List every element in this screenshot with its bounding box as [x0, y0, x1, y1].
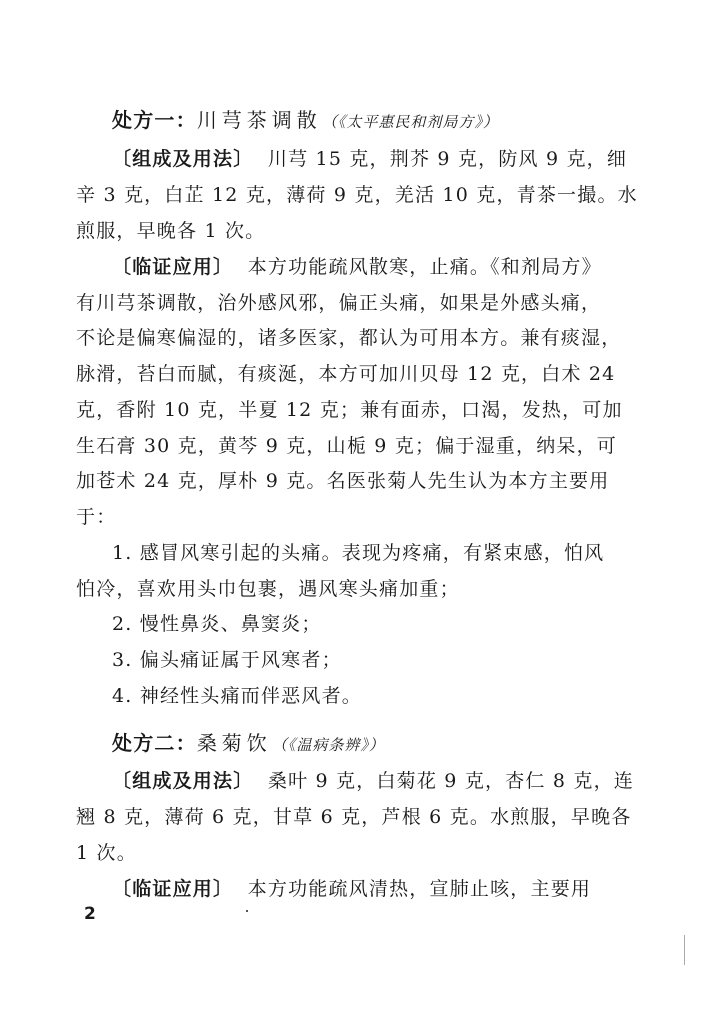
scan-edge-mark	[684, 935, 685, 965]
composition-1-line-1: 〔组成及用法〕 川芎 15 克，荆芥 9 克，防风 9 克，细	[112, 146, 672, 172]
application-label: 〔临证应用〕	[112, 256, 233, 278]
page-number: 2	[84, 904, 96, 924]
prescription-1-name: 川芎茶调散	[197, 108, 322, 132]
list-item-1-line-1: 1. 感冒风寒引起的头痛。表现为疼痛，有紧束感，怕风	[112, 540, 672, 566]
composition-text: 川芎 15 克，荆芥 9 克，防风 9 克，细	[268, 148, 627, 170]
list-item-1-line-2: 怕冷，喜欢用头巾包裹，遇风寒头痛加重；	[76, 576, 636, 602]
composition-1-line-3: 煎服，早晚各 1 次。	[76, 218, 636, 244]
application-1-line-2: 有川芎茶调散，治外感风邪，偏正头痛，如果是外感头痛，	[76, 290, 636, 316]
composition-2-line-2: 翘 8 克，薄荷 6 克，甘草 6 克，芦根 6 克。水煎服，早晚各	[76, 804, 636, 830]
prescription-1-heading: 处方一：川芎茶调散（《太平惠民和剂局方》）	[112, 107, 672, 135]
application-1-line-8: 于：	[76, 504, 636, 530]
composition-2-line-1: 〔组成及用法〕 桑叶 9 克，白菊花 9 克，杏仁 8 克，连	[112, 768, 672, 794]
composition-1-line-2: 辛 3 克，白芷 12 克，薄荷 9 克，羌活 10 克，青茶一撮。水	[76, 182, 636, 208]
composition-text: 桑叶 9 克，白菊花 9 克，杏仁 8 克，连	[268, 770, 634, 792]
application-label: 〔临证应用〕	[112, 878, 233, 900]
application-text: 本方功能疏风散寒，止痛。《和剂局方》	[248, 256, 602, 278]
application-1-line-6: 生石膏 30 克，黄芩 9 克，山栀 9 克；偏于湿重，纳呆，可	[76, 433, 636, 459]
composition-label: 〔组成及用法〕	[112, 770, 253, 792]
prescription-1-source: （《太平惠民和剂局方》）	[322, 113, 499, 131]
list-item-4: 4. 神经性头痛而伴恶风者。	[112, 683, 672, 709]
application-1-line-1: 〔临证应用〕 本方功能疏风散寒，止痛。《和剂局方》	[112, 254, 672, 280]
list-item-2: 2. 慢性鼻炎、鼻窦炎；	[112, 611, 672, 637]
application-1-line-3: 不论是偏寒偏湿的，诸多医家，都认为可用本方。兼有痰湿，	[76, 325, 636, 351]
book-page: 处方一：川芎茶调散（《太平惠民和剂局方》） 〔组成及用法〕 川芎 15 克，荆芥…	[0, 0, 724, 1024]
prescription-2-source: （《温病条辨》）	[272, 736, 385, 754]
application-text: 本方功能疏风清热，宣肺止咳，主要用	[248, 878, 591, 900]
prescription-2-label: 处方二：	[112, 731, 197, 755]
prescription-2-heading: 处方二：桑菊饮（《温病条辨》）	[112, 730, 672, 758]
prescription-2-name: 桑菊饮	[197, 731, 272, 755]
application-1-line-4: 脉滑，苔白而腻，有痰涎，本方可加川贝母 12 克，白术 24	[76, 361, 636, 387]
prescription-1-label: 处方一：	[112, 108, 197, 132]
application-2-line-1: 〔临证应用〕 本方功能疏风清热，宣肺止咳，主要用	[112, 876, 672, 902]
scan-speck	[246, 910, 248, 912]
application-1-line-5: 克，香附 10 克，半夏 12 克；兼有面赤，口渴，发热，可加	[76, 397, 636, 423]
application-1-line-7: 加苍术 24 克，厚朴 9 克。名医张菊人先生认为本方主要用	[76, 468, 636, 494]
composition-2-line-3: 1 次。	[76, 840, 636, 866]
list-item-3: 3. 偏头痛证属于风寒者；	[112, 647, 672, 673]
composition-label: 〔组成及用法〕	[112, 148, 253, 170]
